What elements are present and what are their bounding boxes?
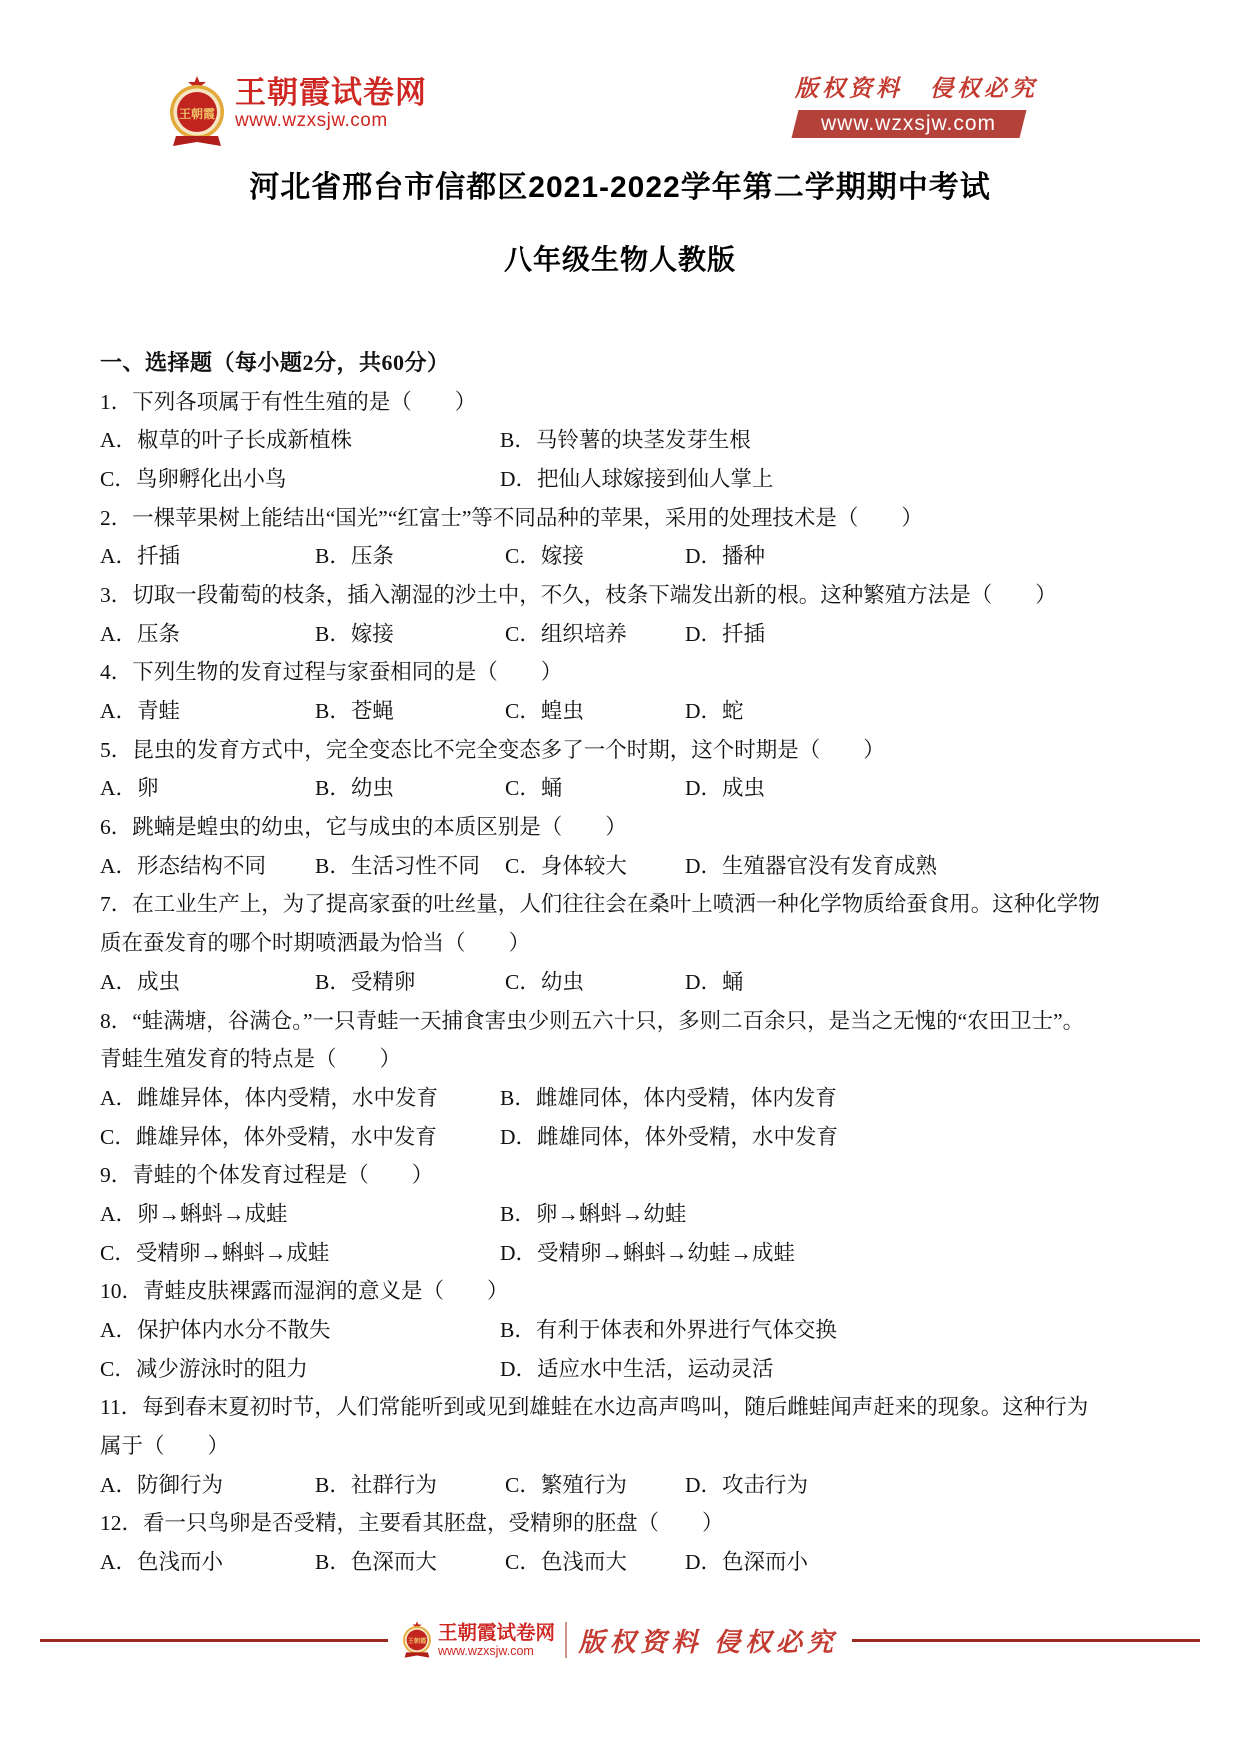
question-12-option: A．色浅而小 <box>100 1545 315 1576</box>
brand-medal-icon: 王朝霞 <box>168 76 226 148</box>
question-1-option: A．椒草的叶子长成新植株 <box>100 423 500 454</box>
question-5-option: C．蛹 <box>505 771 685 802</box>
question-9-options-row: A．卵→蝌蚪→成蛙B．卵→蝌蚪→幼蛙 <box>100 1193 1148 1232</box>
page-title: 河北省邢台市信都区2021-2022学年第二学期期中考试 <box>0 162 1240 206</box>
footer-medal-icon: 王朝霞 <box>402 1620 432 1660</box>
question-10-option: C．减少游泳时的阻力 <box>100 1352 500 1383</box>
question-7-option: C．幼虫 <box>505 965 685 996</box>
question-8-option: C．雌雄异体，体外受精，水中发育 <box>100 1120 500 1151</box>
question-12-option: C．色浅而大 <box>505 1545 685 1576</box>
footer-rule-right <box>852 1639 1200 1642</box>
question-9-option: B．卵→蝌蚪→幼蛙 <box>500 1197 1148 1228</box>
question-3-option: C．组织培养 <box>505 617 685 648</box>
question-2-option: A．扦插 <box>100 539 315 570</box>
question-4-option: A．青蛙 <box>100 694 315 725</box>
question-4-options-row: A．青蛙B．苍蝇C．蝗虫D．蛇 <box>100 690 1148 729</box>
question-11-stem-line: 属于（ ） <box>100 1425 1148 1464</box>
url-banner: www.wzxsjw.com <box>792 110 1027 138</box>
question-2-stem-line: 2．一棵苹果树上能结出“国光”“红富士”等不同品种的苹果，采用的处理技术是（ ） <box>100 497 1148 536</box>
question-6-option: C．身体较大 <box>505 849 685 880</box>
question-3-option: A．压条 <box>100 617 315 648</box>
question-2-options-row: A．扦插B．压条C．嫁接D．播种 <box>100 535 1148 574</box>
question-11-option: A．防御行为 <box>100 1468 315 1499</box>
question-1-options-row: A．椒草的叶子长成新植株B．马铃薯的块茎发芽生根 <box>100 419 1148 458</box>
question-5-option: D．成虫 <box>685 771 1148 802</box>
question-10-option: B．有利于体表和外界进行气体交换 <box>500 1313 1148 1344</box>
question-3-option: D．扦插 <box>685 617 1148 648</box>
question-7-option: D．蛹 <box>685 965 1148 996</box>
question-7-option: B．受精卵 <box>315 965 505 996</box>
question-7-stem-line: 质在蚕发育的哪个时期喷洒最为恰当（ ） <box>100 922 1148 961</box>
question-8-option: B．雌雄同体，体内受精，体内发育 <box>500 1081 1148 1112</box>
question-10-stem-line: 10．青蛙皮肤裸露而湿润的意义是（ ） <box>100 1271 1148 1310</box>
header-logo-text: 王朝霞试卷网 www.wzxsjw.com <box>235 76 427 132</box>
question-12-options-row: A．色浅而小B．色深而大C．色浅而大D．色深而小 <box>100 1541 1148 1580</box>
question-7-stem-line: 7．在工业生产上，为了提高家蚕的吐丝量，人们往往会在桑叶上喷洒一种化学物质给蚕食… <box>100 884 1148 923</box>
question-6-option: A．形态结构不同 <box>100 849 315 880</box>
question-7-option: A．成虫 <box>100 965 315 996</box>
footer-site-url: www.wzxsjw.com <box>438 1644 555 1658</box>
banner-url: www.wzxsjw.com <box>821 112 996 136</box>
question-3-stem-line: 3．切取一段葡萄的枝条，插入潮湿的沙土中，不久，枝条下端发出新的根。这种繁殖方法… <box>100 574 1148 613</box>
question-4-option: D．蛇 <box>685 694 1148 725</box>
section-heading: 一、选择题（每小题2分，共60分） <box>100 342 1148 381</box>
question-12-stem-line: 12．看一只鸟卵是否受精，主要看其胚盘，受精卵的胚盘（ ） <box>100 1503 1148 1542</box>
header-copyright: 版权资料 侵权必究 www.wzxsjw.com <box>795 70 1023 138</box>
site-name: 王朝霞试卷网 <box>235 76 427 110</box>
question-4-option: B．苍蝇 <box>315 694 505 725</box>
question-8-option: D．雌雄同体，体外受精，水中发育 <box>500 1120 1148 1151</box>
question-6-options-row: A．形态结构不同B．生活习性不同C．身体较大D．生殖器官没有发育成熟 <box>100 845 1148 884</box>
question-5-stem-line: 5．昆虫的发育方式中，完全变态比不完全变态多了一个时期，这个时期是（ ） <box>100 729 1148 768</box>
question-12-option: D．色深而小 <box>685 1545 1148 1576</box>
question-8-stem-line: 8．“蛙满塘，谷满仓。”一只青蛙一天捕食害虫少则五六十只，多则二百余只，是当之无… <box>100 1000 1148 1039</box>
question-11-option: C．繁殖行为 <box>505 1468 685 1499</box>
question-5-options-row: A．卵B．幼虫C．蛹D．成虫 <box>100 768 1148 807</box>
footer-slogan: 版权资料 侵权必究 <box>579 1622 839 1659</box>
question-10-option: A．保护体内水分不散失 <box>100 1313 500 1344</box>
footer-site-name: 王朝霞试卷网 <box>438 1623 555 1644</box>
footer-logo: 王朝霞 王朝霞试卷网 www.wzxsjw.com <box>402 1620 555 1660</box>
header-logo: 王朝霞 王朝霞试卷网 www.wzxsjw.com <box>168 76 427 148</box>
question-9-option: D．受精卵→蝌蚪→幼蛙→成蛙 <box>500 1236 1148 1267</box>
question-7-options-row: A．成虫B．受精卵C．幼虫D．蛹 <box>100 961 1148 1000</box>
question-5-option: B．幼虫 <box>315 771 505 802</box>
page-subtitle: 八年级生物人教版 <box>0 238 1240 278</box>
footer-logo-text: 王朝霞试卷网 www.wzxsjw.com <box>438 1623 555 1658</box>
question-9-options-row: C．受精卵→蝌蚪→成蛙D．受精卵→蝌蚪→幼蛙→成蛙 <box>100 1232 1148 1271</box>
exam-questions: 1．下列各项属于有性生殖的是（ ）A．椒草的叶子长成新植株B．马铃薯的块茎发芽生… <box>100 381 1148 1580</box>
question-1-option: B．马铃薯的块茎发芽生根 <box>500 423 1148 454</box>
question-10-options-row: C．减少游泳时的阻力D．适应水中生活，运动灵活 <box>100 1348 1148 1387</box>
question-8-options-row: A．雌雄异体，体内受精，水中发育B．雌雄同体，体内受精，体内发育 <box>100 1077 1148 1116</box>
medal-text: 王朝霞 <box>179 106 215 121</box>
site-url: www.wzxsjw.com <box>235 110 427 132</box>
question-6-option: D．生殖器官没有发育成熟 <box>685 849 1148 880</box>
exam-paper-page: 王朝霞 王朝霞试卷网 www.wzxsjw.com 版权资料 侵权必究 www.… <box>0 0 1240 1753</box>
question-8-stem-line: 青蛙生殖发育的特点是（ ） <box>100 1038 1148 1077</box>
question-1-stem-line: 1．下列各项属于有性生殖的是（ ） <box>100 381 1148 420</box>
page-footer: 王朝霞 王朝霞试卷网 www.wzxsjw.com 版权资料 侵权必究 <box>0 1612 1240 1668</box>
question-9-option: C．受精卵→蝌蚪→成蛙 <box>100 1236 500 1267</box>
footer-medal-text: 王朝霞 <box>408 1637 427 1645</box>
question-4-option: C．蝗虫 <box>505 694 685 725</box>
question-11-option: D．攻击行为 <box>685 1468 1148 1499</box>
question-10-option: D．适应水中生活，运动灵活 <box>500 1352 1148 1383</box>
question-11-stem-line: 11．每到春末夏初时节，人们常能听到或见到雄蛙在水边高声鸣叫，随后雌蛙闻声赶来的… <box>100 1387 1148 1426</box>
exam-body: 一、选择题（每小题2分，共60分） 1．下列各项属于有性生殖的是（ ）A．椒草的… <box>100 342 1148 1580</box>
question-1-options-row: C．鸟卵孵化出小鸟D．把仙人球嫁接到仙人掌上 <box>100 458 1148 497</box>
question-12-option: B．色深而大 <box>315 1545 505 1576</box>
question-2-option: D．播种 <box>685 539 1148 570</box>
question-2-option: C．嫁接 <box>505 539 685 570</box>
footer-rule-left <box>40 1639 388 1642</box>
question-10-options-row: A．保护体内水分不散失B．有利于体表和外界进行气体交换 <box>100 1309 1148 1348</box>
question-1-option: C．鸟卵孵化出小鸟 <box>100 462 500 493</box>
question-6-stem-line: 6．跳蝻是蝗虫的幼虫，它与成虫的本质区别是（ ） <box>100 806 1148 845</box>
copyright-slogan: 版权资料 侵权必究 <box>795 70 1023 103</box>
question-8-option: A．雌雄异体，体内受精，水中发育 <box>100 1081 500 1112</box>
question-3-option: B．嫁接 <box>315 617 505 648</box>
question-11-option: B．社群行为 <box>315 1468 505 1499</box>
question-8-options-row: C．雌雄异体，体外受精，水中发育D．雌雄同体，体外受精，水中发育 <box>100 1116 1148 1155</box>
question-11-options-row: A．防御行为B．社群行为C．繁殖行为D．攻击行为 <box>100 1464 1148 1503</box>
question-1-option: D．把仙人球嫁接到仙人掌上 <box>500 462 1148 493</box>
question-6-option: B．生活习性不同 <box>315 849 505 880</box>
question-9-option: A．卵→蝌蚪→成蛙 <box>100 1197 500 1228</box>
question-3-options-row: A．压条B．嫁接C．组织培养D．扦插 <box>100 613 1148 652</box>
question-4-stem-line: 4．下列生物的发育过程与家蚕相同的是（ ） <box>100 652 1148 691</box>
question-9-stem-line: 9．青蛙的个体发育过程是（ ） <box>100 1154 1148 1193</box>
question-2-option: B．压条 <box>315 539 505 570</box>
footer-divider <box>565 1622 567 1658</box>
question-5-option: A．卵 <box>100 771 315 802</box>
